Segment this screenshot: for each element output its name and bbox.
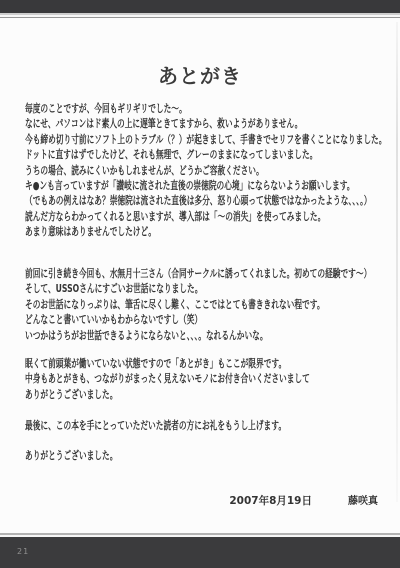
- scan-border-bottom: 21: [0, 537, 400, 568]
- text-line: （でもあの例えはなあ？崇徳院は流された直後は多分、怒り心頭って状態ではなかったよ…: [25, 193, 384, 208]
- scan-border-top: [0, 0, 400, 13]
- text-line: 最後に、この本を手にとっていただいた読者の方にお礼をもうし上げます。: [25, 418, 384, 433]
- text-line: 毎度のことですが、今回もギリギリでした～。: [25, 101, 384, 116]
- text-line: 前回に引き続き今回も、水無月十三さん（合同サークルに誘ってくれました。初めての経…: [25, 266, 384, 281]
- paragraph-thanks-collaborators: 前回に引き続き今回も、水無月十三さん（合同サークルに誘ってくれました。初めての経…: [25, 266, 384, 343]
- paragraph-closing: 眠くて前頭葉が働いていない状態ですので「あとがき」もここが限界です。 中身もあと…: [25, 356, 384, 402]
- text-line: 読んだ方ならわかってくれると思いますが、導入部は「～の消失」を使ってみました。: [25, 209, 384, 224]
- text-line: キ●ンも言っていますが「讃岐に流された直後の崇徳院の心境」にならないようお願いし…: [25, 178, 384, 193]
- afterword-page: あとがき 毎度のことですが、今回もギリギリでした～。 なにせ、パソコンはド素人の…: [0, 18, 400, 533]
- page-number: 21: [17, 547, 29, 556]
- paragraph-final-thanks: ありがとうございました。: [25, 448, 384, 463]
- text-line: ありがとうございました。: [25, 387, 384, 402]
- paragraph-intro: 毎度のことですが、今回もギリギリでした～。 なにせ、パソコンはド素人の上に遅筆と…: [25, 101, 384, 240]
- signoff-date: 2007年8月19日: [229, 493, 312, 508]
- text-line: 中身もあとがきも、つながりがまったく見えないモノにお付き合いくださいまして: [25, 371, 384, 386]
- signoff-line: 2007年8月19日 藤咲真: [25, 492, 378, 508]
- page-title: あとがき: [0, 60, 400, 89]
- text-line: どんなこと書いていいかもわからないですし（笑）: [25, 312, 384, 327]
- text-line: 今も締め切り寸前にソフト上のトラブル（？）が起きまして、手書きでセリフを書くこと…: [25, 132, 384, 147]
- text-line: ありがとうございました。: [25, 448, 384, 463]
- text-line: ドットに直すはずでしたけど、それも無理で、グレーのままになってしまいました。: [25, 147, 384, 162]
- text-line: うちの場合、読みにくいかもしれませんが、どうかご容赦ください。: [25, 163, 384, 178]
- text-line: いつかはうちがお世話できるようにならないと、、、。なれるんかいな。: [25, 328, 384, 343]
- author-name: 藤咲真: [348, 492, 378, 507]
- text-line: 眠くて前頭葉が働いていない状態ですので「あとがき」もここが限界です。: [25, 356, 384, 371]
- text-line: あまり意味はありませんでしたけど。: [25, 224, 384, 239]
- text-line: なにせ、パソコンはド素人の上に遅筆ときてますから、救いようがありません。: [25, 116, 384, 131]
- text-line: そのお世話になりっぷりは、筆舌に尽くし難く、ここではとても書ききれない程です。: [25, 297, 384, 312]
- scan-artifact-right-edge: [396, 22, 398, 502]
- paragraph-reader-thanks: 最後に、この本を手にとっていただいた読者の方にお礼をもうし上げます。: [25, 418, 384, 433]
- text-line: そして、USSOさんにすごいお世話になりました。: [25, 281, 384, 296]
